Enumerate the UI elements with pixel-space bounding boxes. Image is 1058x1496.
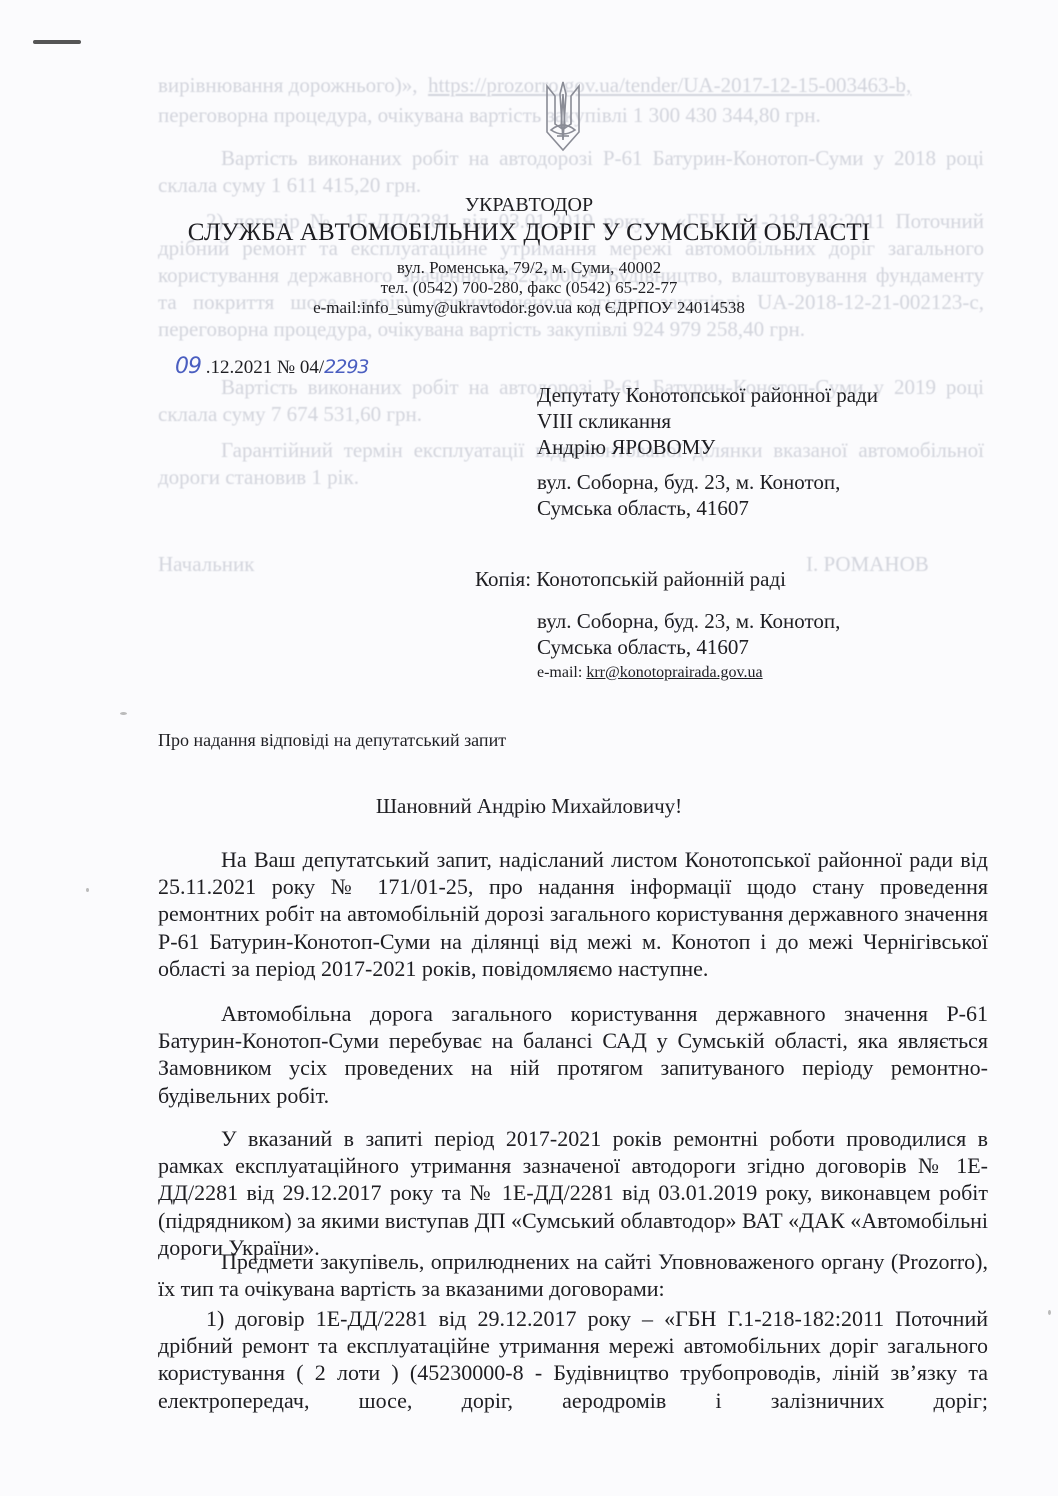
ukraine-coat-of-arms-icon <box>543 80 583 155</box>
organization-title: СЛУЖБА АВТОМОБІЛЬНИХ ДОРІГ У СУМСЬКІЙ ОБ… <box>0 219 1058 247</box>
body-paragraph-2: Автомобільна дорога загального користува… <box>158 1000 988 1109</box>
body-paragraph-5: 1) договір 1Е-ДД/2281 від 29.12.2017 рок… <box>158 1305 988 1414</box>
agency-name: УКРАВТОДОР <box>0 194 1058 217</box>
copy-email-line: e-mail: krr@konotoprairada.gov.ua <box>537 660 763 686</box>
organization-address: вул. Роменська, 79/2, м. Суми, 40002 <box>0 258 1058 278</box>
copy-address-1: вул. Соборна, буд. 23, м. Конотоп, <box>537 608 840 634</box>
bleed-line: вирівнювання дорожнього)», <box>158 73 418 97</box>
scan-mark <box>33 40 81 44</box>
body-paragraph-1: На Ваш депутатський запит, надісланий ли… <box>158 846 988 982</box>
bleed-line: І. РОМАНОВ <box>806 551 929 578</box>
recipient-address-1: вул. Соборна, буд. 23, м. Конотоп, <box>537 469 840 495</box>
registration-line: 09 .12.2021 № 04/2293 <box>175 354 369 379</box>
body-paragraph-3: У вказаний в запиті період 2017-2021 рок… <box>158 1125 988 1261</box>
body-paragraph-4: Предмети закупівель, оприлюднених на сай… <box>158 1248 988 1302</box>
registration-date: .12.2021 № 04/ <box>201 357 324 378</box>
scan-speck <box>120 712 127 715</box>
scan-speck <box>1048 1310 1051 1315</box>
handwritten-number: 2293 <box>324 356 368 378</box>
organization-phone: тел. (0542) 700-280, факс (0542) 65-22-7… <box>0 278 1058 298</box>
copy-email-link[interactable]: krr@konotoprairada.gov.ua <box>586 664 762 681</box>
recipient-name: Андрію ЯРОВОМУ <box>537 434 715 460</box>
copy-email-label: e-mail: <box>537 664 586 681</box>
bleed-link: https://prozorro.gov.ua/tender/UA-2017-1… <box>428 73 911 97</box>
recipient-line-1: Депутату Конотопської районної ради <box>537 382 878 408</box>
organization-email-code: e-mail:info_sumy@ukravtodor.gov.ua код Є… <box>0 298 1058 318</box>
scanned-letter-page: вирівнювання дорожнього)», https://prozo… <box>0 0 1058 1496</box>
copy-recipient: Копія: Конотопській районній раді <box>475 567 786 592</box>
letter-subject: Про надання відповіді на депутатський за… <box>158 730 506 751</box>
salutation: Шановний Андрію Михайловичу! <box>0 794 1058 819</box>
copy-address-2: Сумська область, 41607 <box>537 634 749 660</box>
handwritten-day: 09 <box>175 354 201 379</box>
recipient-line-2: VIII скликання <box>537 408 671 434</box>
scan-speck <box>86 888 89 892</box>
bleed-line: Начальник <box>158 552 254 576</box>
recipient-address-2: Сумська область, 41607 <box>537 495 749 521</box>
